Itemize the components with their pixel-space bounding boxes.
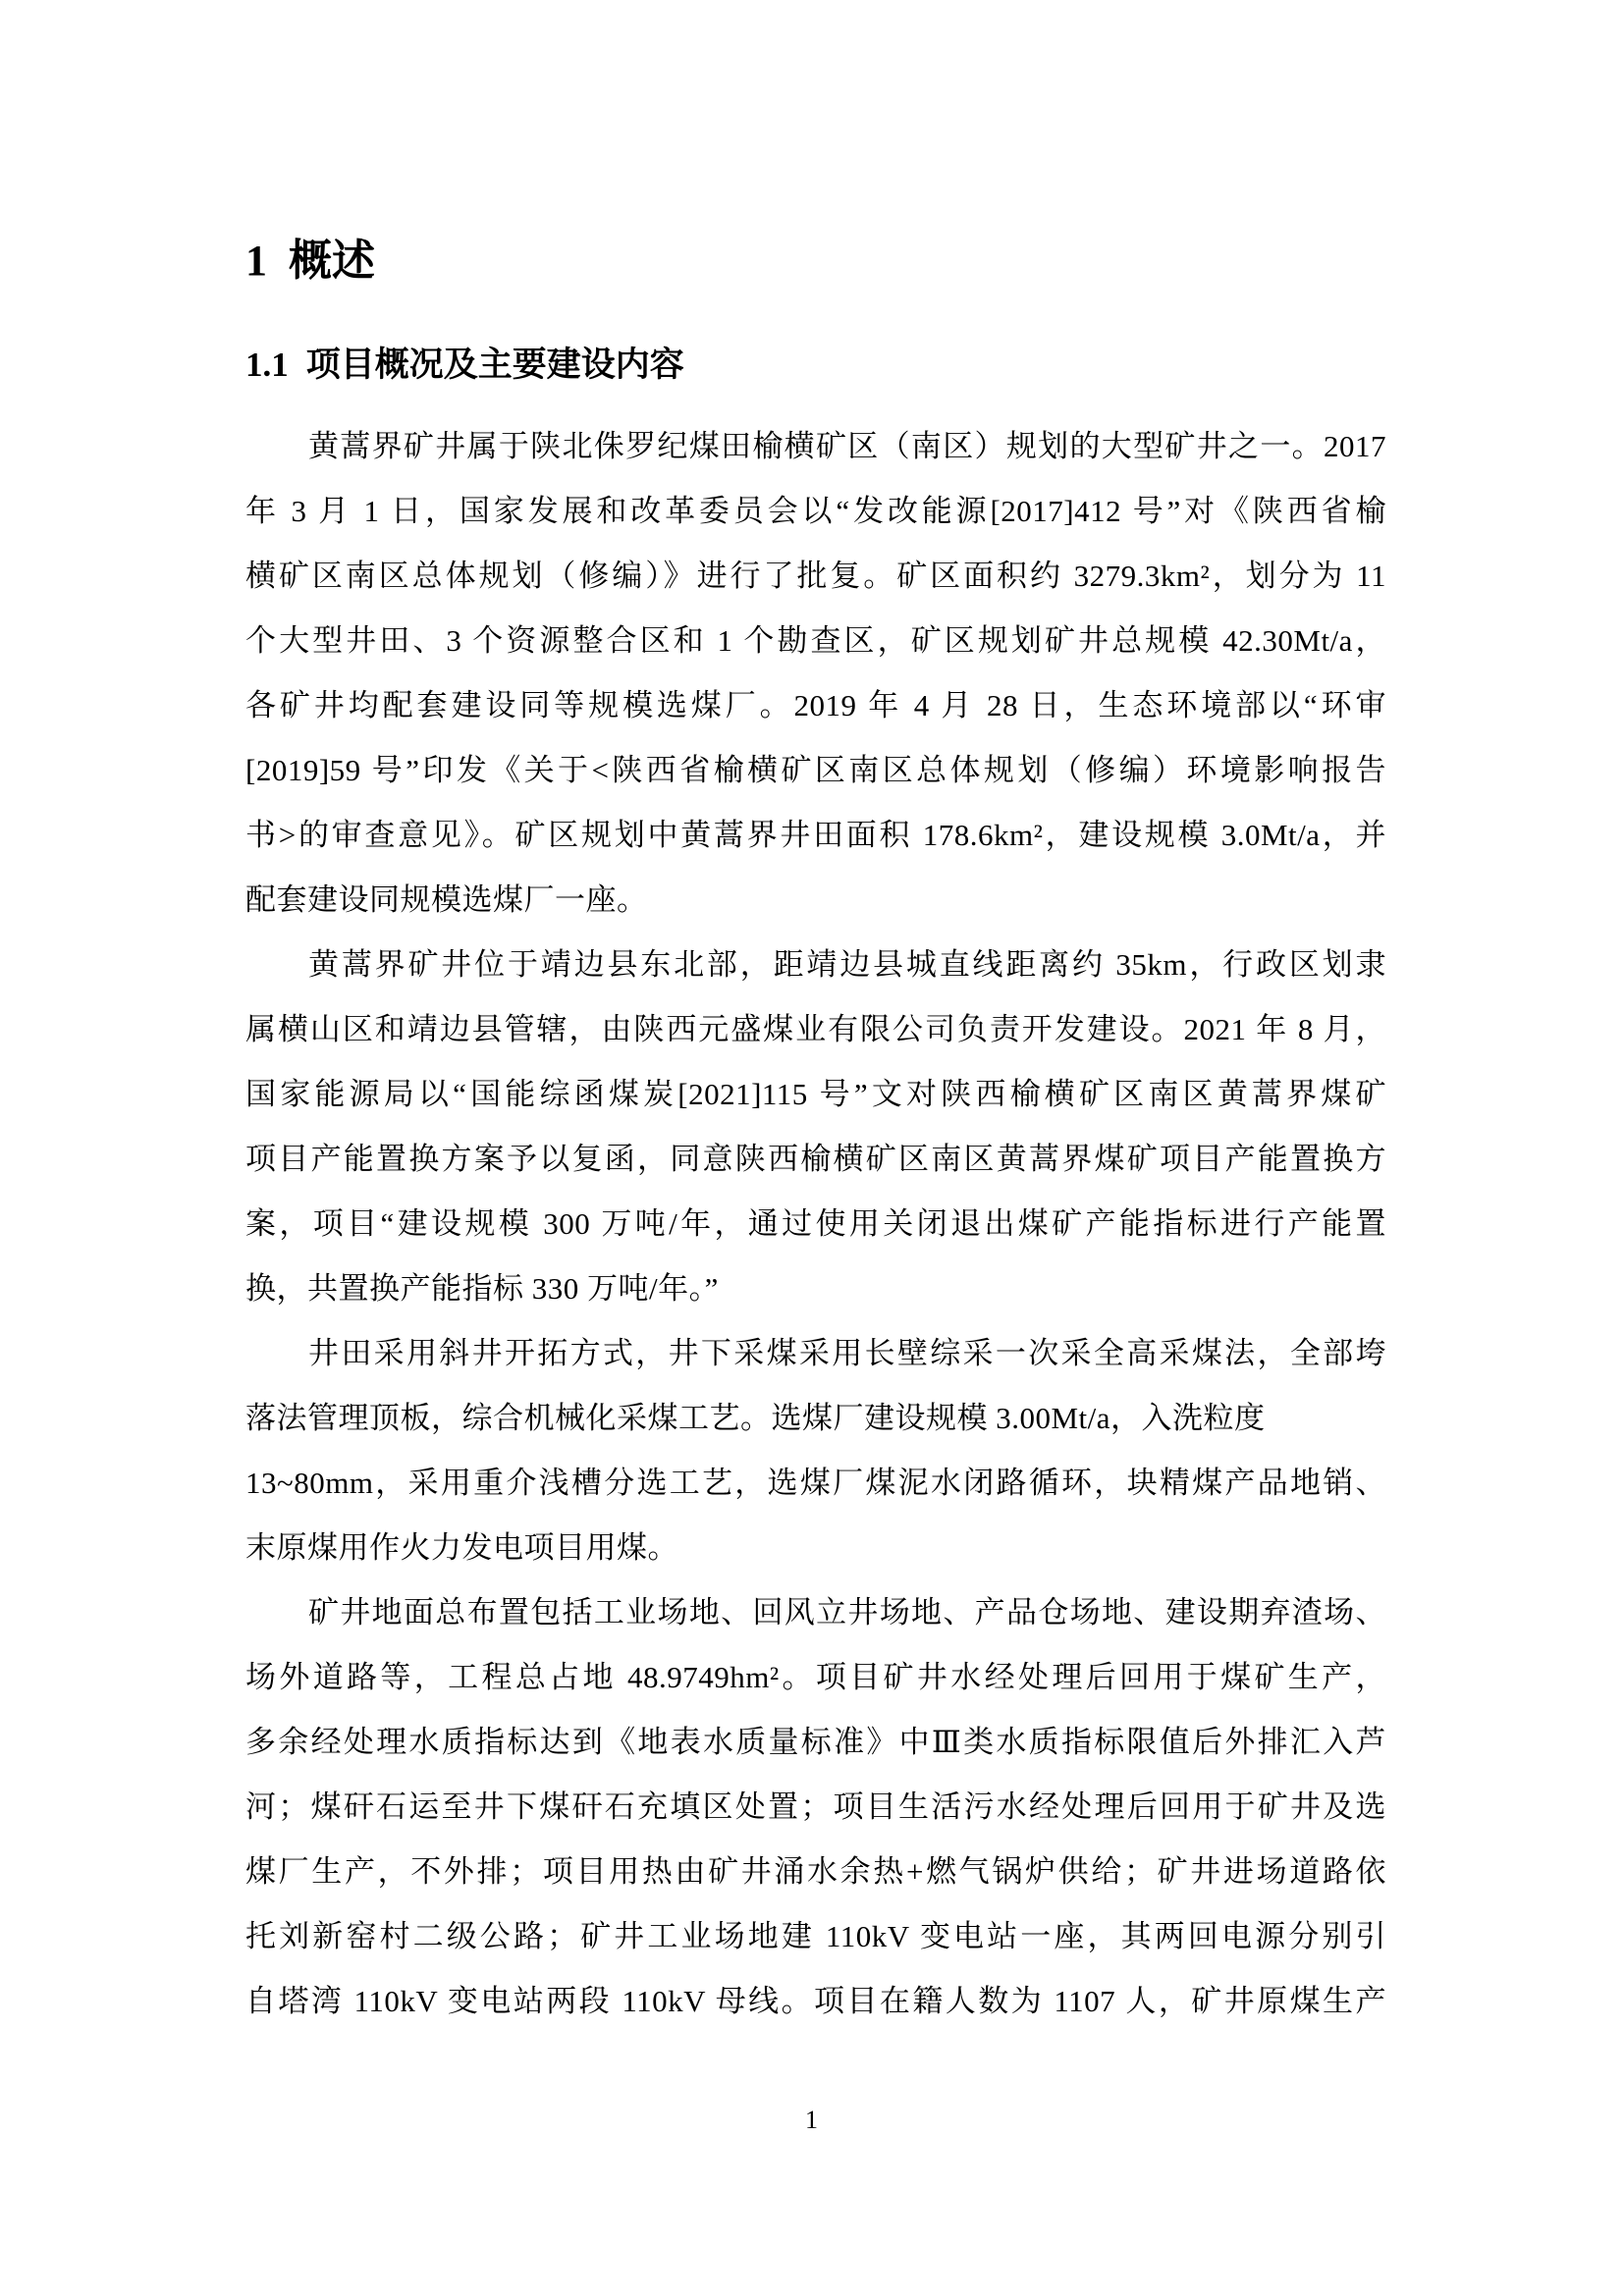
text-line: 国家能源局以“国能综函煤炭[2021]115 号”文对陕西榆横矿区南区黄蒿界煤矿	[245, 1062, 1386, 1127]
chapter-heading: 1概述	[245, 234, 375, 289]
document-page: 1概述 1.1项目概况及主要建设内容 黄蒿界矿井属于陕北侏罗纪煤田榆横矿区（南区…	[0, 0, 1623, 2296]
body-text: 黄蒿界矿井属于陕北侏罗纪煤田榆横矿区（南区）规划的大型矿井之一。2017 年 3…	[245, 414, 1386, 2034]
text-line: 自塔湾 110kV 变电站两段 110kV 母线。项目在籍人数为 1107 人，…	[245, 1969, 1386, 2034]
text-line: 场外道路等，工程总占地 48.9749hm²。项目矿井水经处理后回用于煤矿生产，	[245, 1645, 1386, 1710]
paragraph: 黄蒿界矿井属于陕北侏罗纪煤田榆横矿区（南区）规划的大型矿井之一。2017 年 3…	[245, 414, 1386, 933]
text-line: 配套建设同规模选煤厂一座。	[245, 868, 1386, 933]
text-line: 井田采用斜井开拓方式，井下采煤采用长壁综采一次采全高采煤法，全部垮	[245, 1321, 1386, 1386]
page-number: 1	[0, 2103, 1623, 2138]
text-line: 矿井地面总布置包括工业场地、回风立井场地、产品仓场地、建设期弃渣场、	[245, 1580, 1386, 1645]
text-line: 项目产能置换方案予以复函，同意陕西榆横矿区南区黄蒿界煤矿项目产能置换方	[245, 1127, 1386, 1192]
text-line: 托刘新窑村二级公路；矿井工业场地建 110kV 变电站一座，其两回电源分别引	[245, 1904, 1386, 1969]
text-line: 末原煤用作火力发电项目用煤。	[245, 1516, 1386, 1580]
text-line: 案，项目“建设规模 300 万吨/年，通过使用关闭退出煤矿产能指标进行产能置	[245, 1192, 1386, 1256]
text-line: 个大型井田、3 个资源整合区和 1 个勘查区，矿区规划矿井总规模 42.30Mt…	[245, 609, 1386, 673]
text-line: 书>的审查意见》。矿区规划中黄蒿界井田面积 178.6km²，建设规模 3.0M…	[245, 803, 1386, 868]
text-line: 换，共置换产能指标 330 万吨/年。”	[245, 1256, 1386, 1321]
paragraph: 黄蒿界矿井位于靖边县东北部，距靖边县城直线距离约 35km，行政区划隶 属横山区…	[245, 933, 1386, 1321]
text-line: 属横山区和靖边县管辖，由陕西元盛煤业有限公司负责开发建设。2021 年 8 月，	[245, 997, 1386, 1062]
text-line: 各矿井均配套建设同等规模选煤厂。2019 年 4 月 28 日，生态环境部以“环…	[245, 673, 1386, 738]
paragraph: 矿井地面总布置包括工业场地、回风立井场地、产品仓场地、建设期弃渣场、 场外道路等…	[245, 1580, 1386, 2034]
section-title: 项目概况及主要建设内容	[306, 346, 684, 384]
text-line: 横矿区南区总体规划（修编）》进行了批复。矿区面积约 3279.3km²，划分为 …	[245, 544, 1386, 609]
text-line: 河；煤矸石运至井下煤矸石充填区处置；项目生活污水经处理后回用于矿井及选	[245, 1775, 1386, 1840]
text-line: 多余经处理水质指标达到《地表水质量标准》中Ⅲ类水质指标限值后外排汇入芦	[245, 1710, 1386, 1775]
text-line: 黄蒿界矿井位于靖边县东北部，距靖边县城直线距离约 35km，行政区划隶	[245, 933, 1386, 997]
text-line: 落法管理顶板，综合机械化采煤工艺。选煤厂建设规模 3.00Mt/a，入洗粒度	[245, 1386, 1386, 1451]
section-heading: 1.1项目概况及主要建设内容	[245, 342, 684, 389]
chapter-title: 概述	[289, 237, 375, 285]
section-number: 1.1	[245, 346, 289, 384]
paragraph: 井田采用斜井开拓方式，井下采煤采用长壁综采一次采全高采煤法，全部垮 落法管理顶板…	[245, 1321, 1386, 1580]
text-line: 年 3 月 1 日，国家发展和改革委员会以“发改能源[2017]412 号”对《…	[245, 479, 1386, 544]
text-line: 13~80mm，采用重介浅槽分选工艺，选煤厂煤泥水闭路循环，块精煤产品地销、	[245, 1451, 1386, 1516]
chapter-number: 1	[245, 237, 267, 285]
text-line: [2019]59 号”印发《关于<陕西省榆横矿区南区总体规划（修编）环境影响报告	[245, 738, 1386, 803]
text-line: 煤厂生产，不外排；项目用热由矿井涌水余热+燃气锅炉供给；矿井进场道路依	[245, 1840, 1386, 1904]
text-line: 黄蒿界矿井属于陕北侏罗纪煤田榆横矿区（南区）规划的大型矿井之一。2017	[245, 414, 1386, 479]
